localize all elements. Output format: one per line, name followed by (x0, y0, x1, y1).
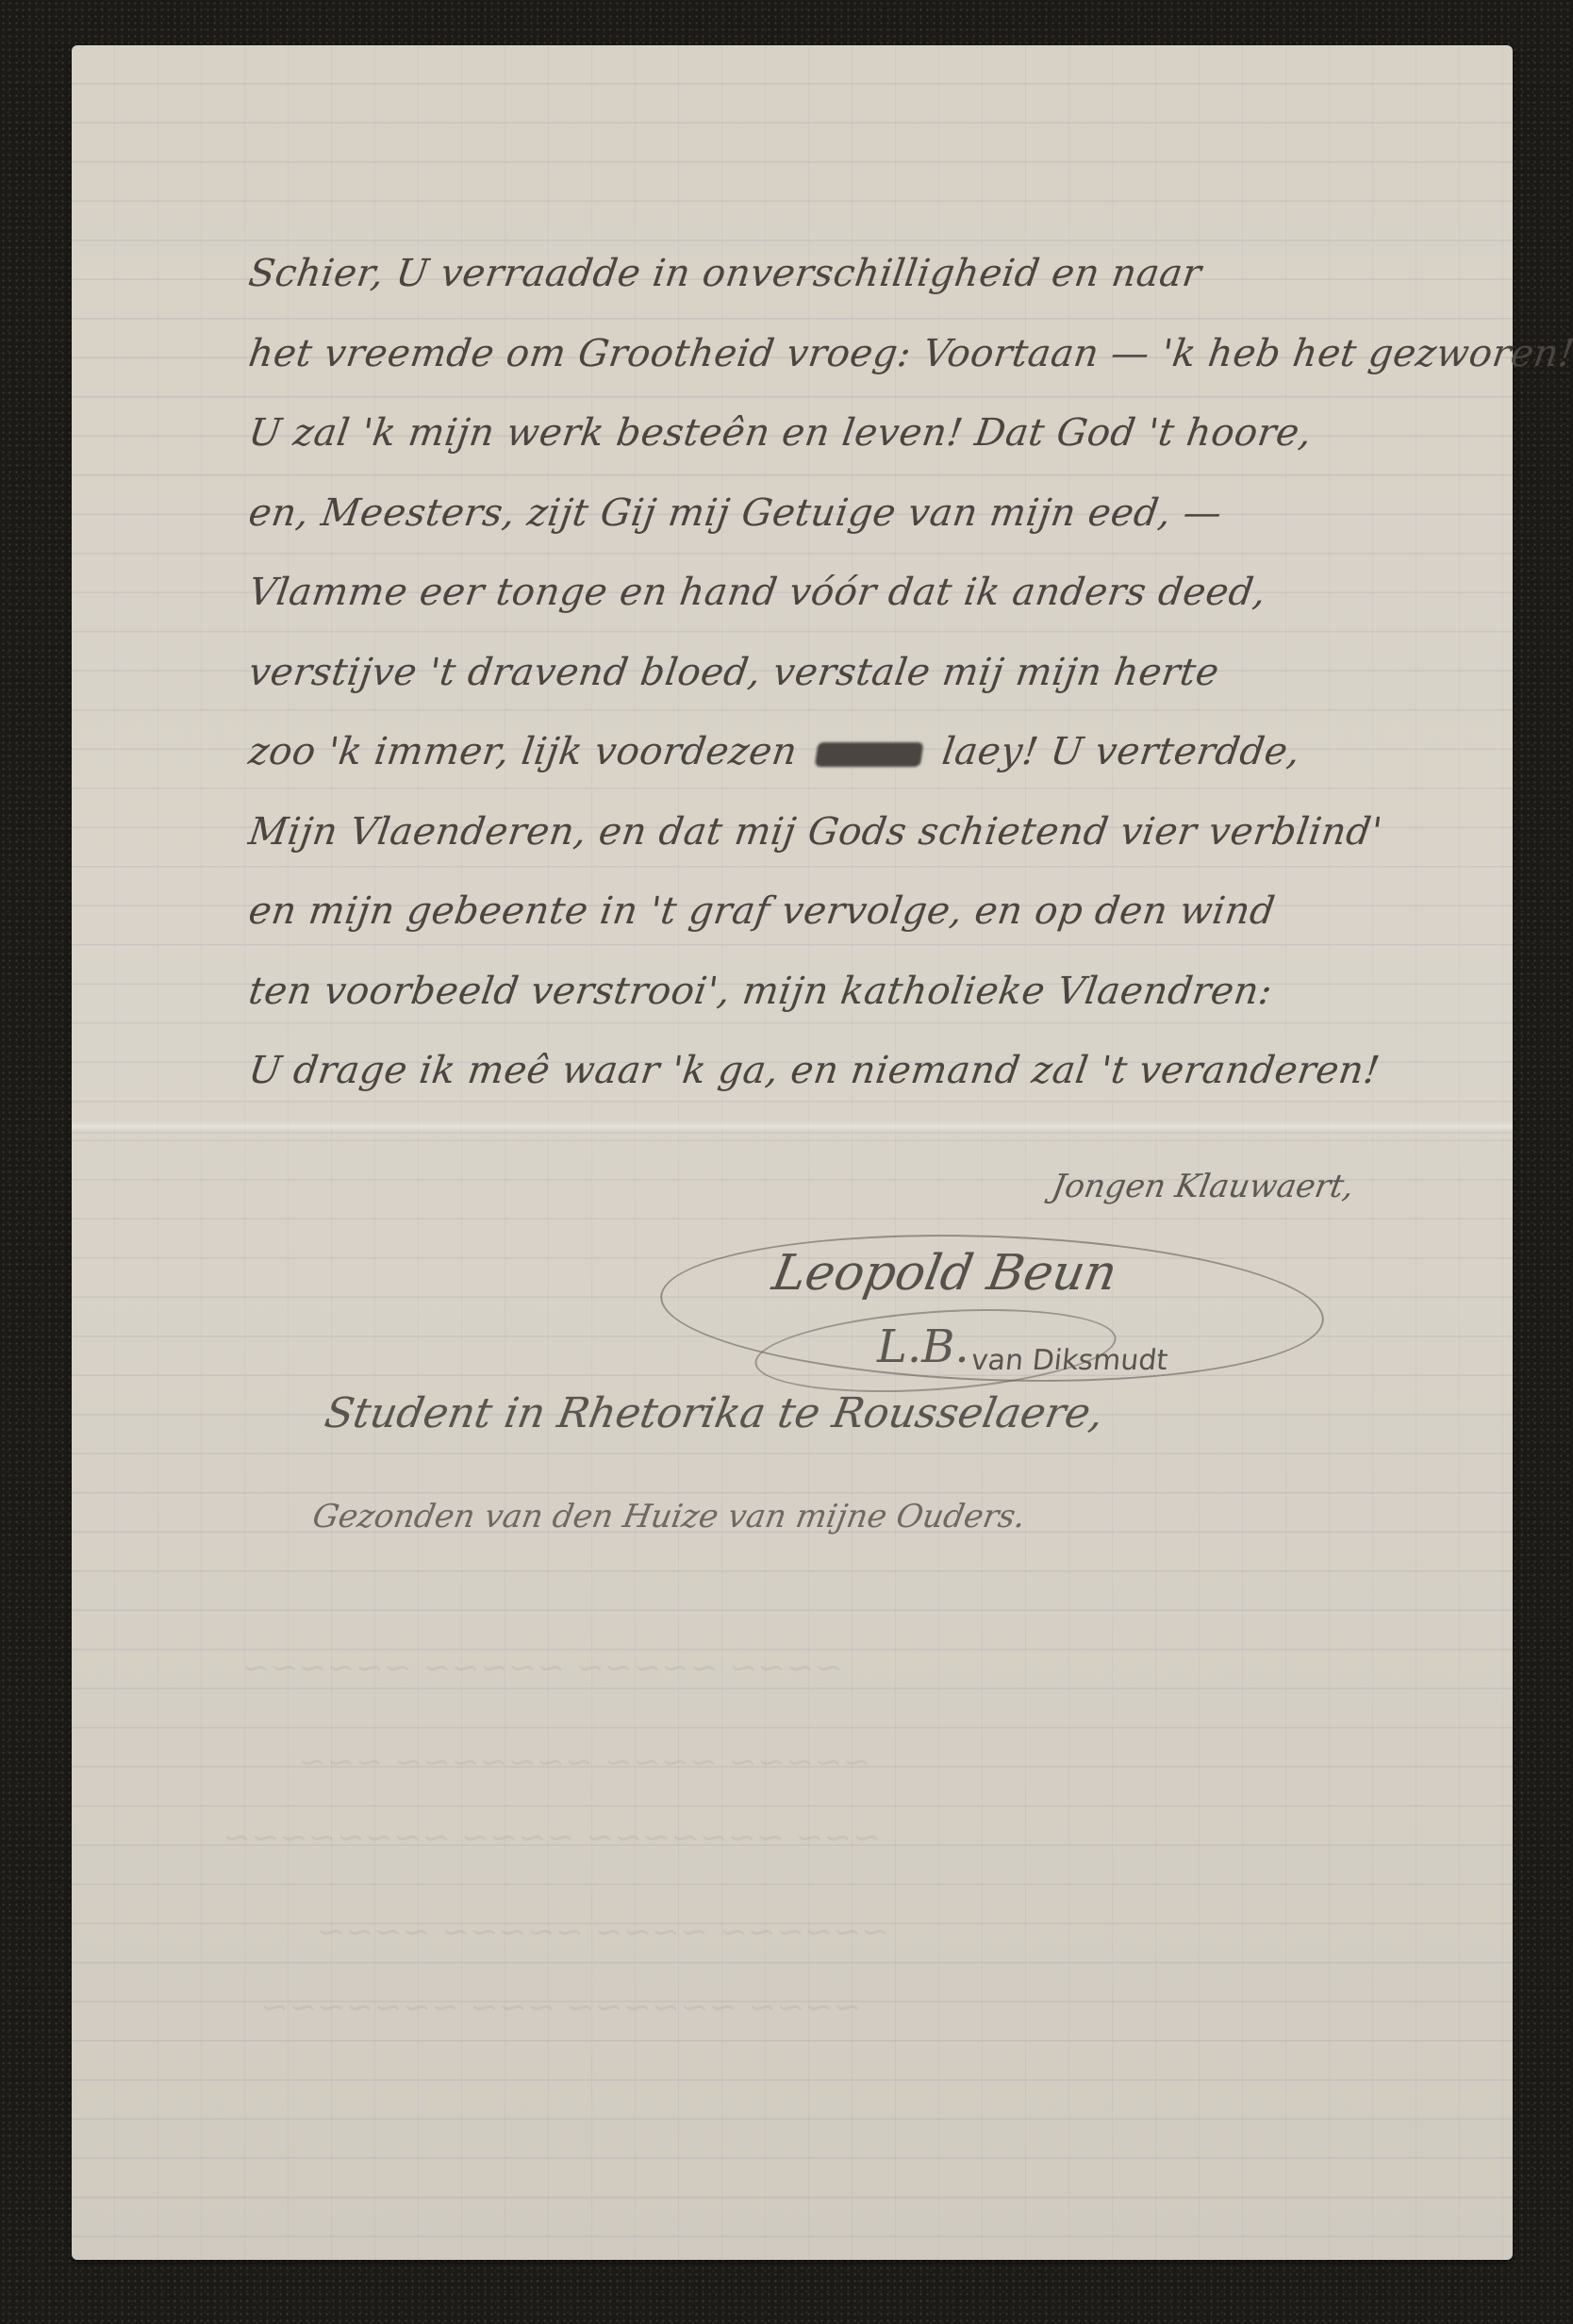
poem-line: Vlamme eer tonge en hand vóór dat ik and… (243, 553, 1499, 633)
poem-line: U drage ik meê waar 'k ga, en niemand za… (243, 1031, 1499, 1111)
author-note-sent-from: Gezonden van den Huize van mijne Ouders. (309, 1498, 1028, 1535)
poem-line: verstijve 't dravend bloed, verstale mij… (243, 633, 1499, 713)
bleed-through-text: ~~~~~~ ~~~~ ~~~~~ ~~~~ (314, 1913, 892, 1951)
poem-line: het vreemde om Grootheid vroeg: Voortaan… (243, 314, 1499, 394)
poem-line: ten voorbeeld verstrooi', mijn katholiek… (243, 952, 1499, 1032)
signature-name: Leopold Beun (769, 1245, 1121, 1302)
signature-place: van Diksmudt (969, 1344, 1169, 1377)
signature-block: Leopold Beun L.B. van Diksmudt (660, 1226, 1358, 1377)
poem-line: zoo 'k immer, lijk voordezen [doorgehaal… (243, 712, 1499, 792)
signature-initials: L.B. (877, 1320, 969, 1373)
bleed-through-text: ~~~~ ~~~~~~ ~~~ ~~~~~~~ (257, 1988, 864, 2027)
poem-line: U zal 'k mijn werk besteên en leven! Dat… (243, 393, 1499, 473)
poem-line: en mijn gebeente in 't graf vervolge, en… (243, 871, 1499, 952)
bleed-through-text: ~~~~~ ~~~~ ~~~~~~~ ~~~ (295, 1743, 873, 1782)
struck-out-word: [doorgehaald] (815, 742, 924, 767)
poem-line: Mijn Vlaenderen, en dat mij Gods schiete… (243, 792, 1499, 872)
poem-line: en, Meesters, zijt Gij mij Getuige van m… (243, 473, 1499, 554)
poem-text: Schier, U verraadde in onverschilligheid… (249, 234, 1494, 1111)
bleed-through-text: ~~~ ~~~~~~~ ~~~~ ~~~~~~~~ (220, 1818, 884, 1857)
author-note-student: Student in Rhetorika te Rousselaere, (322, 1389, 1108, 1437)
manuscript-page: Schier, U verraadde in onverschilligheid… (72, 45, 1513, 2260)
work-title: Jongen Klauwaert, (1049, 1168, 1356, 1205)
poem-line: Schier, U verraadde in onverschilligheid… (243, 234, 1499, 314)
bleed-through-text: ~~~~ ~~~~~ ~~~~~ ~~~~~~ (239, 1649, 845, 1687)
paper-fold-crease (72, 1120, 1513, 1134)
